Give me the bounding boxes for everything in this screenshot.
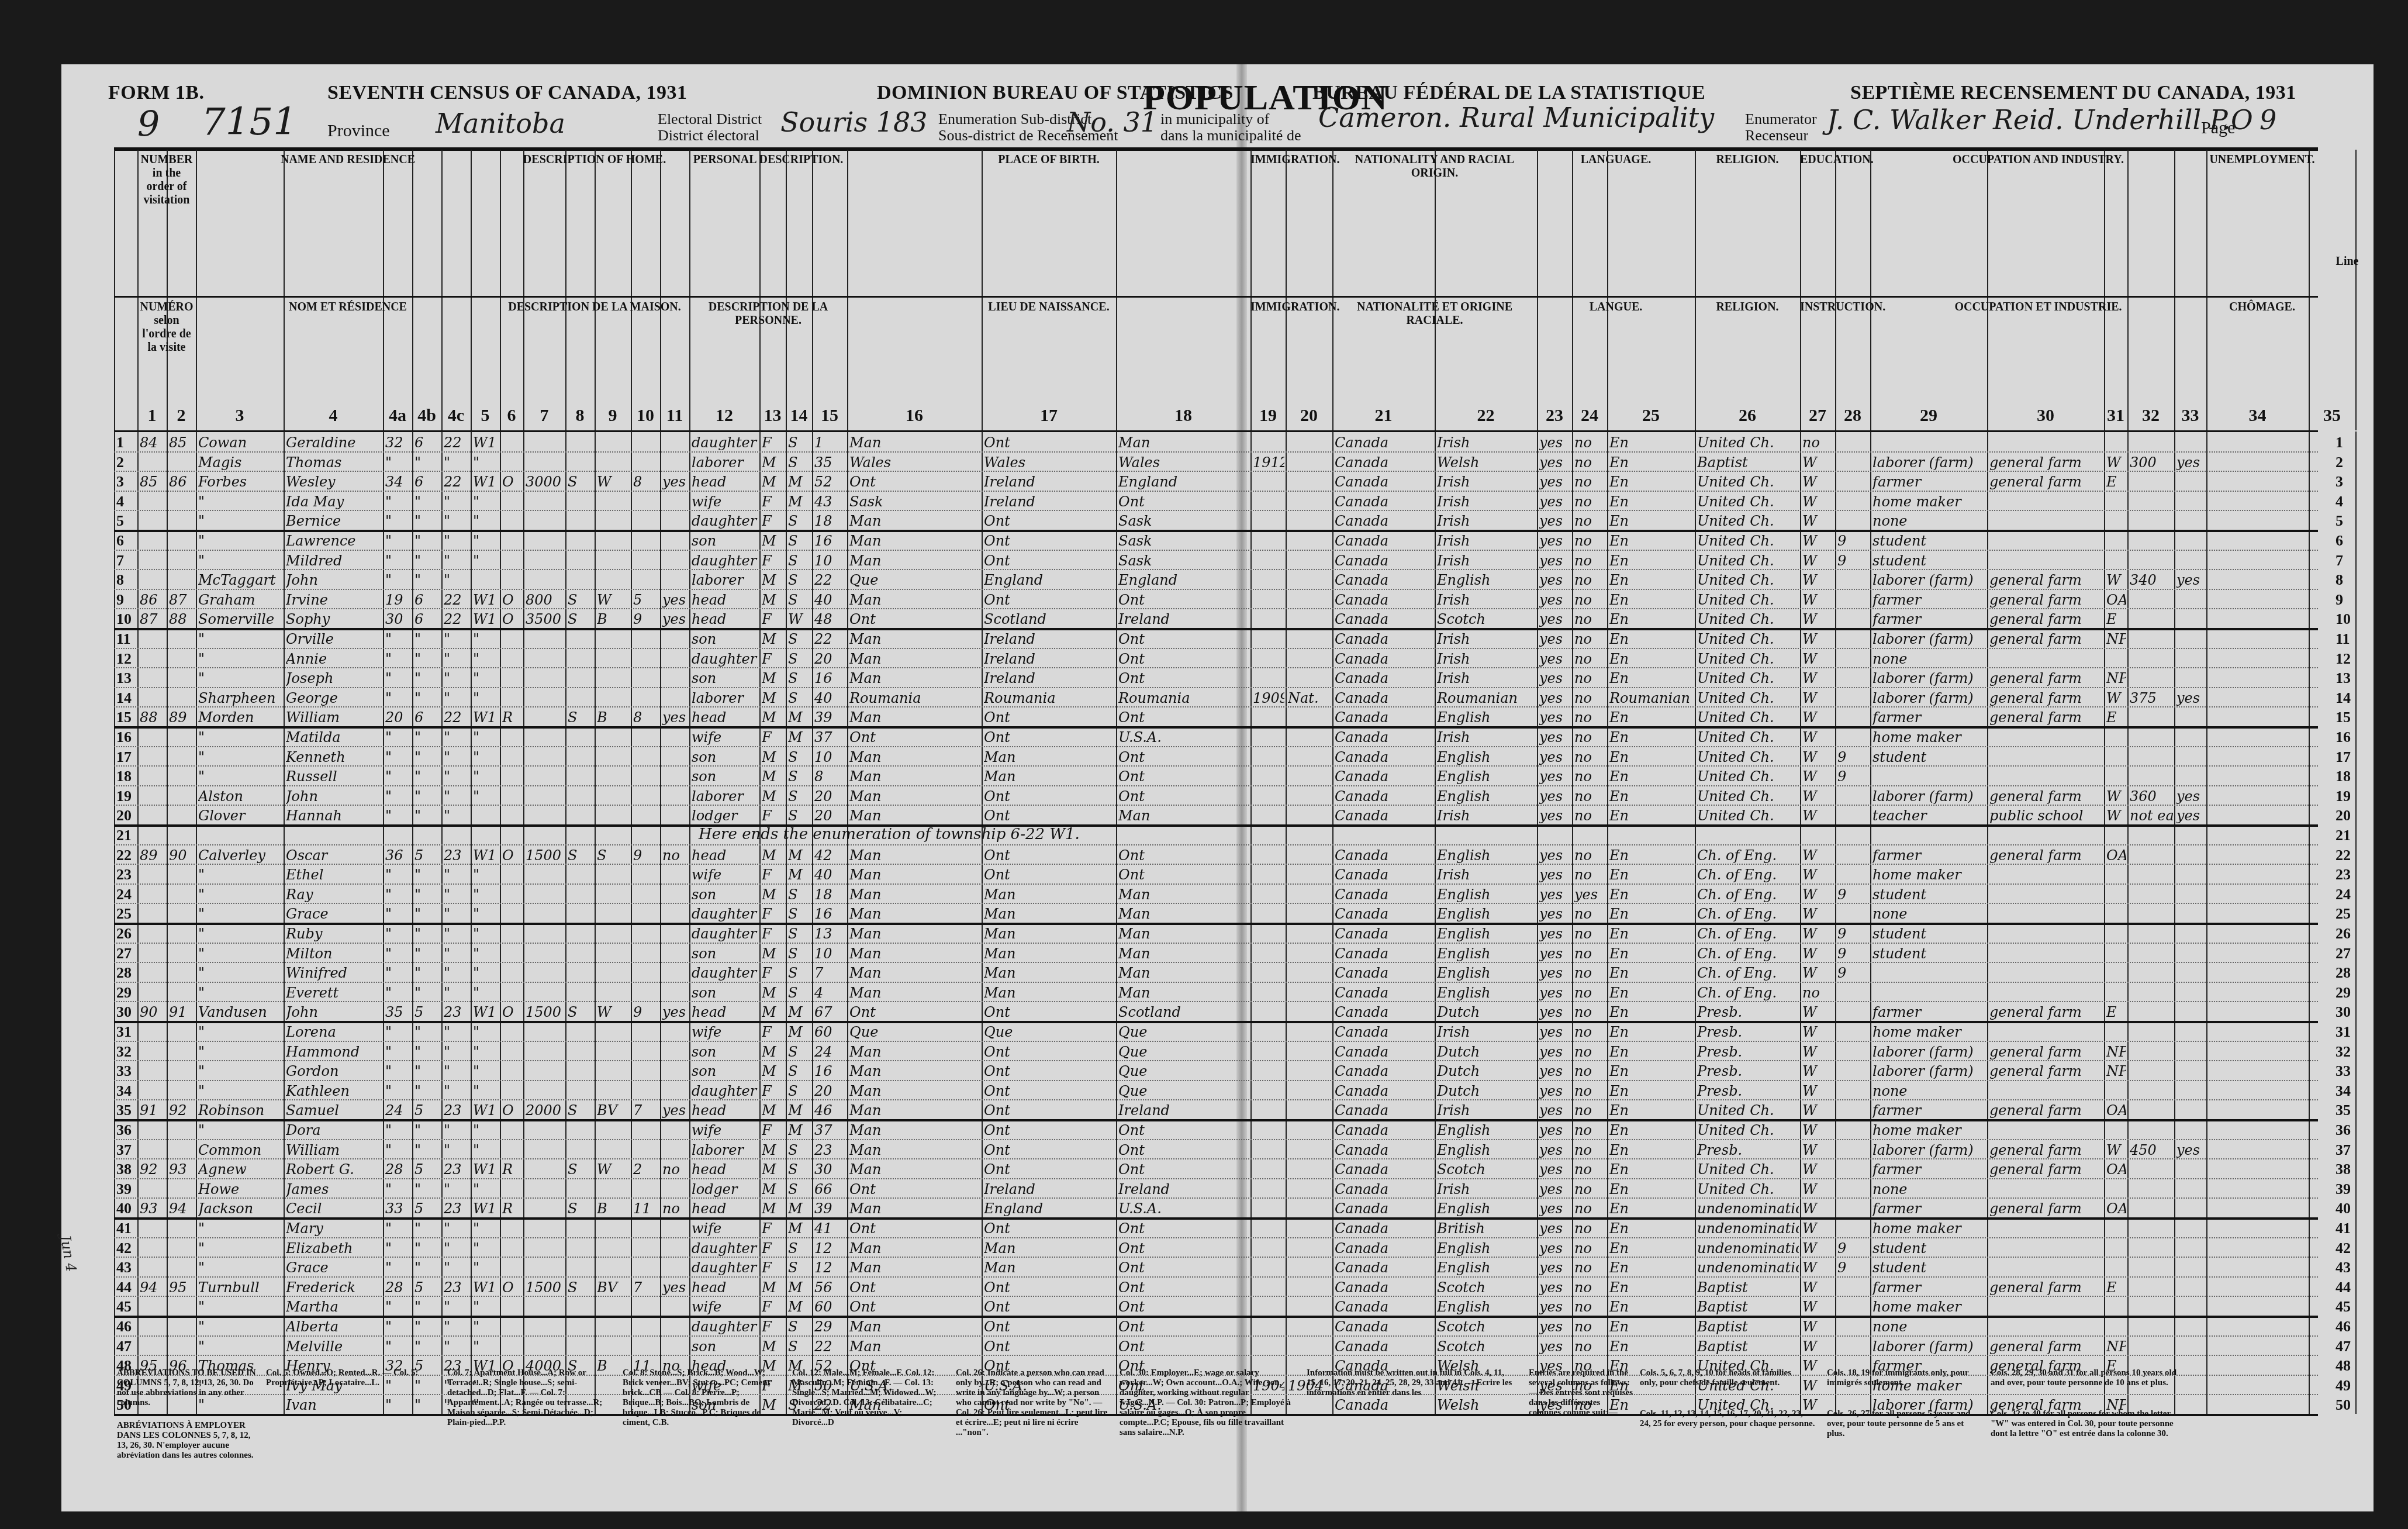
cell-rel: son — [692, 1041, 758, 1061]
table-row[interactable]: 98687GrahamIrvine19622W1O800SW5yesheadMS… — [114, 589, 2318, 610]
cell-twp: " — [414, 864, 440, 883]
cell-nat: Canada — [1335, 1139, 1433, 1159]
cell-twp: " — [414, 1178, 440, 1198]
cell-twp: 5 — [414, 1099, 440, 1119]
cell-occ: laborer (farm) — [1872, 1041, 1986, 1061]
cell-sex: F — [762, 1257, 785, 1276]
cell-twp: " — [414, 1394, 440, 1414]
column-number: 31 — [2104, 406, 2127, 426]
column-divider — [1537, 150, 1538, 430]
cell-bm: Ireland — [1118, 1099, 1249, 1119]
cell-lang: En — [1609, 746, 1694, 766]
cell-bp: Ont — [849, 608, 980, 628]
cell-fr: no — [1574, 962, 1606, 982]
table-row[interactable]: 16"Matilda""""wifeFM37OntOntU.S.A.Canada… — [114, 726, 2318, 747]
cell-rel: son — [692, 530, 758, 550]
cell-relig: Baptist — [1697, 1335, 1799, 1355]
column-group-fr: LIEU DE NAISSANCE. — [847, 301, 1250, 314]
cell-sch: 9 — [1837, 943, 1869, 962]
cell-bf: Ont — [984, 1119, 1115, 1139]
cell-mer: " — [473, 1119, 499, 1139]
cell-twp: " — [414, 628, 440, 648]
cell-fr: no — [1574, 1001, 1606, 1021]
cell-sur: " — [198, 530, 282, 550]
cell-bm: Ont — [1118, 1296, 1249, 1316]
cell-rw: W — [1802, 903, 1834, 923]
cell-race: Irish — [1437, 864, 1536, 883]
cell-cw: NP — [2106, 667, 2126, 687]
cell-twp: " — [414, 746, 440, 766]
cell-given: Alberta — [286, 1316, 382, 1335]
cell-given: George — [286, 687, 382, 707]
table-row[interactable]: 19AlstonJohn""""laborerMS20ManOntOntCana… — [114, 785, 2318, 806]
cell-sec: " — [385, 510, 411, 530]
line-number-right: 25 — [2336, 903, 2365, 923]
column-number: 11 — [660, 406, 689, 426]
cell-fam: 92 — [169, 1099, 195, 1119]
cell-bf: Ont — [984, 785, 1115, 805]
cell-bp: Man — [849, 550, 980, 570]
cell-ms: S — [788, 1178, 811, 1198]
cell-twp: 5 — [414, 1197, 440, 1217]
cell-mer: " — [473, 667, 499, 687]
cell-nat: Canada — [1335, 648, 1433, 668]
cell-emp: yes — [2176, 785, 2205, 805]
cell-bf: Ont — [984, 1276, 1115, 1296]
cell-dw: 85 — [140, 471, 165, 491]
table-row[interactable]: 108788SomervilleSophy30622W1O3500SB9yesh… — [114, 608, 2318, 630]
table-row[interactable]: 42"Elizabeth""""daughterFS12ManManOntCan… — [114, 1237, 2318, 1258]
column-number: 4 — [284, 406, 383, 426]
cell-mer: " — [473, 687, 499, 707]
cell-given: Grace — [286, 903, 382, 923]
table-row[interactable]: 26"Ruby""""daughterFS13ManManManCanadaEn… — [114, 923, 2318, 944]
column-divider — [1250, 150, 1252, 430]
table-row[interactable]: 158889MordenWilliam20622W1RSB8yesheadMM3… — [114, 706, 2318, 729]
table-row[interactable]: 33"Gordon""""sonMS16ManOntQueCanadaDutch… — [114, 1060, 2318, 1081]
cell-rad: yes — [662, 1276, 688, 1296]
cell-nat: Canada — [1335, 687, 1433, 707]
cell-relig: United Ch. — [1697, 1178, 1799, 1198]
cell-rge: " — [444, 667, 469, 687]
cell-relig: United Ch. — [1697, 1099, 1799, 1119]
cell-bm: Sask — [1118, 530, 1249, 550]
cell-fr: yes — [1574, 883, 1606, 903]
cell-age: 43 — [814, 491, 846, 510]
cell-en: yes — [1539, 746, 1571, 766]
table-row[interactable]: 47"Melville""""sonMS22ManOntOntCanadaSco… — [114, 1335, 2318, 1357]
column-group-en: DESCRIPTION OF HOME. — [500, 153, 689, 167]
cell-ln: 8 — [116, 569, 136, 589]
cell-sec: 34 — [385, 471, 411, 491]
table-row[interactable]: 41"Mary""""wifeFM41OntOntOntCanadaBritis… — [114, 1217, 2318, 1238]
note-col8: Col. 8: Stone...S; Brick...B; Wood...W; … — [623, 1368, 780, 1428]
note-every: Cols. 11, 12, 13, 14, 15, 16, 17, 20, 21… — [1640, 1409, 1815, 1429]
cell-sur: " — [198, 1060, 282, 1080]
cell-sur: McTaggart — [198, 569, 282, 589]
cell-occ: farmer — [1872, 1099, 1986, 1119]
cell-relig: United Ch. — [1697, 648, 1799, 668]
table-row[interactable]: 28"Winifred""""daughterFS7ManManManCanad… — [114, 962, 2318, 983]
cell-occ: student — [1872, 943, 1986, 962]
cell-occ: laborer (farm) — [1872, 451, 1986, 471]
cell-mer: " — [473, 628, 499, 648]
cell-age: 1 — [814, 432, 846, 451]
cell-sec: " — [385, 923, 411, 943]
table-row[interactable]: 34"Kathleen""""daughterFS20ManOntQueCana… — [114, 1080, 2318, 1101]
cell-nat: Canada — [1335, 1041, 1433, 1061]
cell-ln: 40 — [116, 1197, 136, 1217]
cell-given: Ethel — [286, 864, 382, 883]
table-row[interactable]: 12"Annie""""daughterFS20ManIrelandOntCan… — [114, 648, 2318, 669]
cell-emp: yes — [2176, 687, 2205, 707]
cell-ln: 15 — [116, 706, 136, 726]
cell-cw: E — [2106, 706, 2126, 726]
cell-race: English — [1437, 746, 1536, 766]
cell-fam: 94 — [169, 1197, 195, 1217]
table-row[interactable]: 23"Ethel""""wifeFM40ManOntOntCanadaIrish… — [114, 864, 2318, 885]
cell-race: English — [1437, 903, 1536, 923]
table-row[interactable]: 36"Dora""""wifeFM37ManOntOntCanadaEnglis… — [114, 1119, 2318, 1140]
cell-rel: wife — [692, 1296, 758, 1316]
cell-nat: Canada — [1335, 1197, 1433, 1217]
cell-ln: 28 — [116, 962, 136, 982]
cell-rge: 23 — [444, 1099, 469, 1119]
cell-bp: Man — [849, 628, 980, 648]
cell-given: Martha — [286, 1296, 382, 1316]
cell-bp: Man — [849, 510, 980, 530]
cell-occ: farmer — [1872, 1158, 1986, 1178]
table-row[interactable]: 37CommonWilliam""""laborerMS23ManOntOntC… — [114, 1139, 2318, 1160]
cell-ln: 16 — [116, 726, 136, 746]
cell-rel: laborer — [692, 569, 758, 589]
column-divider — [1835, 150, 1836, 430]
cell-nat: Canada — [1335, 785, 1433, 805]
cell-lang: En — [1609, 1139, 1694, 1159]
cell-lang: En — [1609, 864, 1694, 883]
cell-rge: 22 — [444, 608, 469, 628]
cell-rel: daughter — [692, 648, 758, 668]
line-number-right: 39 — [2336, 1178, 2365, 1198]
cell-race: English — [1437, 1139, 1536, 1159]
cell-nat: Canada — [1335, 765, 1433, 785]
column-divider — [196, 150, 197, 430]
cell-nat: Canada — [1335, 1296, 1433, 1316]
cell-ms: S — [788, 923, 811, 943]
cell-lang: En — [1609, 608, 1694, 628]
table-row[interactable]: 359192RobinsonSamuel24523W1O2000SBV7yesh… — [114, 1099, 2318, 1121]
line-number-right: 45 — [2336, 1296, 2365, 1316]
cell-ln: 31 — [116, 1021, 136, 1041]
cell-rms: 5 — [633, 589, 659, 609]
table-row[interactable]: 7"Mildred""""daughterFS10ManOntSaskCanad… — [114, 550, 2318, 571]
cell-en: yes — [1539, 883, 1571, 903]
enumerator-label-en: Enumerator — [1745, 111, 1817, 127]
cell-cw: W — [2106, 451, 2126, 471]
cell-race: Irish — [1437, 628, 1536, 648]
cell-ln: 42 — [116, 1237, 136, 1257]
cell-bp: Man — [849, 667, 980, 687]
table-row[interactable]: 2MagisThomas""""laborerMS35WalesWalesWal… — [114, 451, 2318, 472]
cell-emp: yes — [2176, 805, 2205, 824]
cell-ln: 41 — [116, 1217, 136, 1237]
cell-bf: Scotland — [984, 608, 1115, 628]
cell-given: Hammond — [286, 1041, 382, 1061]
cell-age: 16 — [814, 1060, 846, 1080]
cell-ln: 45 — [116, 1296, 136, 1316]
cell-race: Irish — [1437, 432, 1536, 451]
page-mark: 9 — [137, 104, 160, 145]
cell-occ: student — [1872, 883, 1986, 903]
cell-en: yes — [1539, 569, 1571, 589]
cell-age: 16 — [814, 667, 846, 687]
column-number: 20 — [1286, 406, 1332, 426]
cell-age: 22 — [814, 628, 846, 648]
table-row[interactable]: 38586ForbesWesley34622W1O3000SW8yesheadM… — [114, 471, 2318, 492]
cell-fam: 91 — [169, 1001, 195, 1021]
cell-ms: M — [788, 1001, 811, 1021]
cell-rge: 22 — [444, 589, 469, 609]
cell-sur: " — [198, 648, 282, 668]
cell-age: 12 — [814, 1257, 846, 1276]
cell-sec: " — [385, 667, 411, 687]
municipality-value: Cameron. Rural Municipality — [1318, 102, 1714, 133]
cell-rw: W — [1802, 667, 1834, 687]
cell-en: yes — [1539, 1178, 1571, 1198]
table-row[interactable]: 20GloverHannah"""lodgerFS20ManOntManCana… — [114, 805, 2318, 827]
cell-mer: W1 — [473, 1276, 499, 1296]
cell-cw: NP — [2106, 628, 2126, 648]
cell-bf: Man — [984, 903, 1115, 923]
cell-relig: United Ch. — [1697, 569, 1799, 589]
cell-bf: Ont — [984, 726, 1115, 746]
table-row[interactable]: 31"Lorena""""wifeFM60QueQueQueCanadaIris… — [114, 1021, 2318, 1042]
table-row[interactable]: 309091VandusenJohn35523W1O1500SW9yeshead… — [114, 1001, 2318, 1023]
table-row[interactable]: 45"Martha""""wifeFM60OntOntOntCanadaEngl… — [114, 1296, 2318, 1318]
cell-rel: son — [692, 1335, 758, 1355]
table-row[interactable]: 32"Hammond""""sonMS24ManOntQueCanadaDutc… — [114, 1041, 2318, 1062]
cell-rw: W — [1802, 491, 1834, 510]
table-row[interactable]: 14SharpheenGeorge""""laborerMS40Roumania… — [114, 687, 2318, 708]
cell-sex: M — [762, 530, 785, 550]
page-number: 9 — [2260, 104, 2276, 136]
cell-rw: W — [1802, 1217, 1834, 1237]
cell-sec: 36 — [385, 844, 411, 864]
cell-sex: M — [762, 943, 785, 962]
cell-rw: W — [1802, 1041, 1834, 1061]
cell-rel: lodger — [692, 1178, 758, 1198]
cell-lang: En — [1609, 1021, 1694, 1041]
cell-sex: F — [762, 1119, 785, 1139]
cell-nat: Canada — [1335, 726, 1433, 746]
cell-en: yes — [1539, 1217, 1571, 1237]
table-row[interactable]: 5"Bernice""""daughterFS18ManOntSaskCanad… — [114, 510, 2318, 532]
abbrev-en: ABBREVIATIONS TO BE USED IN COLUMNS 5, 7… — [117, 1368, 257, 1408]
table-row[interactable]: 18"Russell""""sonMS8ManManOntCanadaEngli… — [114, 765, 2318, 786]
cell-age: 56 — [814, 1276, 846, 1296]
cell-rge: " — [444, 1217, 469, 1237]
cell-relig: United Ch. — [1697, 805, 1799, 824]
cell-ln: 1 — [116, 432, 136, 451]
column-number: 24 — [1572, 406, 1607, 426]
cell-twp: " — [414, 1296, 440, 1316]
cell-bm: Man — [1118, 903, 1249, 923]
title-fr: SEPTIÈME RECENSEMENT DU CANADA, 1931 — [1850, 82, 2296, 104]
line-number-right: 38 — [2336, 1158, 2365, 1178]
cell-en: yes — [1539, 765, 1571, 785]
column-divider — [2174, 150, 2175, 430]
cell-sur: " — [198, 1217, 282, 1237]
cell-dw: 87 — [140, 608, 165, 628]
cell-age: 16 — [814, 903, 846, 923]
cell-bf: Ireland — [984, 1178, 1115, 1198]
cell-mer: W1 — [473, 589, 499, 609]
cell-bp: Man — [849, 432, 980, 451]
cell-given: Ray — [286, 883, 382, 903]
cell-lang: En — [1609, 1158, 1694, 1178]
table-row[interactable]: 409394JacksonCecil33523W1RSB11noheadMM39… — [114, 1197, 2318, 1220]
cell-nat: Canada — [1335, 589, 1433, 609]
cell-bp: Man — [849, 805, 980, 824]
column-number: 5 — [471, 406, 500, 426]
cell-rel: head — [692, 608, 758, 628]
cell-race: Scotch — [1437, 608, 1536, 628]
cell-rel: daughter — [692, 923, 758, 943]
line-number-right: 4 — [2336, 491, 2365, 510]
cell-age: 66 — [814, 1178, 846, 1198]
cell-race: English — [1437, 1197, 1536, 1217]
cell-age: 13 — [814, 923, 846, 943]
cell-sch: 9 — [1837, 883, 1869, 903]
cell-bm: England — [1118, 569, 1249, 589]
cell-given: Matilda — [286, 726, 382, 746]
cell-bm: Ireland — [1118, 1178, 1249, 1198]
cell-fr: no — [1574, 1296, 1606, 1316]
enumerator-label-fr: Recenseur — [1745, 127, 1808, 144]
table-row[interactable]: 27"Milton""""sonMS10ManManManCanadaEngli… — [114, 943, 2318, 964]
cell-en: yes — [1539, 491, 1571, 510]
cell-cls: S — [568, 1197, 593, 1217]
line-number-right: 14 — [2336, 687, 2365, 707]
cell-sex: M — [762, 687, 785, 707]
cell-fr: no — [1574, 451, 1606, 471]
cell-relig: undenominational — [1697, 1217, 1799, 1237]
cell-bp: Man — [849, 1237, 980, 1257]
table-row[interactable]: 228990CalverleyOscar36523W1O1500SS9nohea… — [114, 844, 2318, 865]
cell-age: 52 — [814, 471, 846, 491]
cell-twp: 6 — [414, 706, 440, 726]
table-row[interactable]: 39HoweJames""""lodgerMS66OntIrelandIrela… — [114, 1178, 2318, 1199]
cell-rge: 23 — [444, 1001, 469, 1021]
cell-occ: none — [1872, 1080, 1986, 1100]
column-divider — [1332, 150, 1333, 430]
cell-fr: no — [1574, 844, 1606, 864]
table-row[interactable]: 17"Kenneth""""sonMS10ManManOntCanadaEngl… — [114, 746, 2318, 767]
cell-bf: Ireland — [984, 471, 1115, 491]
cell-occ: none — [1872, 648, 1986, 668]
cell-given: Sophy — [286, 608, 382, 628]
cell-relig: United Ch. — [1697, 765, 1799, 785]
line-number-right: 10 — [2336, 608, 2365, 628]
cell-bp: Man — [849, 1139, 980, 1159]
cell-bm: Ont — [1118, 785, 1249, 805]
cell-ms: S — [788, 451, 811, 471]
column-divider — [982, 150, 983, 430]
cell-fam: 86 — [169, 471, 195, 491]
cell-sch: 9 — [1837, 1237, 1869, 1257]
cell-age: 30 — [814, 1158, 846, 1178]
table-row[interactable]: 46"Alberta""""daughterFS29ManOntOntCanad… — [114, 1316, 2318, 1337]
cell-rel: son — [692, 943, 758, 962]
cell-rel: son — [692, 667, 758, 687]
table-row[interactable]: 18485CowanGeraldine32622W1daughterFS1Man… — [114, 432, 2318, 453]
subdistrict-number: No. 31 — [1067, 106, 1158, 138]
cell-age: 39 — [814, 706, 846, 726]
table-row[interactable]: 21Here ends the enumeration of township … — [114, 824, 2318, 845]
cell-sur: " — [198, 1080, 282, 1100]
cell-given: Elizabeth — [286, 1237, 382, 1257]
cell-ms: S — [788, 648, 811, 668]
cell-ms: S — [788, 1080, 811, 1100]
table-row[interactable]: 389293AgnewRobert G.28523W1RSW2noheadMS3… — [114, 1158, 2318, 1179]
cell-ms: W — [788, 608, 811, 628]
cell-ln: 9 — [116, 589, 136, 609]
cell-bm: Ont — [1118, 765, 1249, 785]
cell-sur: " — [198, 765, 282, 785]
cell-mer: " — [473, 1335, 499, 1355]
cell-yi: 1909 — [1253, 687, 1284, 707]
cell-race: Irish — [1437, 550, 1536, 570]
table-row[interactable]: 43"Grace""""daughterFS12ManManOntCanadaE… — [114, 1257, 2318, 1278]
cell-age: 40 — [814, 864, 846, 883]
column-group-fr: DESCRIPTION DE LA MAISON. — [500, 301, 689, 314]
table-row[interactable]: 24"Ray""""sonMS18ManManManCanadaEnglishy… — [114, 883, 2318, 905]
cell-ms: S — [788, 765, 811, 785]
cell-race: Dutch — [1437, 1080, 1536, 1100]
table-row[interactable]: 13"Joseph""""sonMS16ManIrelandOntCanadaI… — [114, 667, 2318, 688]
line-number-right: 5 — [2336, 510, 2365, 530]
cell-ms: S — [788, 550, 811, 570]
cell-fr: no — [1574, 1178, 1606, 1198]
table-row[interactable]: 29"Everett""""sonMS4ManManManCanadaEngli… — [114, 982, 2318, 1003]
cell-nat: Canada — [1335, 903, 1433, 923]
cell-bm: Ont — [1118, 1119, 1249, 1139]
cell-bm: Man — [1118, 432, 1249, 451]
cell-race: English — [1437, 844, 1536, 864]
column-number: 26 — [1695, 406, 1800, 426]
cell-race: Irish — [1437, 648, 1536, 668]
cell-fr: no — [1574, 903, 1606, 923]
cell-nat: Canada — [1335, 746, 1433, 766]
cell-own: O — [502, 844, 522, 864]
cell-ln: 5 — [116, 510, 136, 530]
table-row[interactable]: 449495TurnbullFrederick28523W1O1500SBV7y… — [114, 1276, 2318, 1297]
note-immigrants: Cols. 18, 19 for immigrants only, pour i… — [1827, 1368, 1973, 1388]
column-number: 32 — [2127, 406, 2174, 426]
table-row[interactable]: 6"Lawrence""""sonMS16ManOntSaskCanadaIri… — [114, 530, 2318, 551]
table-row[interactable]: 8McTaggartJohn"""laborerMS22QueEnglandEn… — [114, 569, 2318, 590]
cell-ln: 17 — [116, 746, 136, 766]
cell-fr: no — [1574, 510, 1606, 530]
table-row[interactable]: 11"Orville""""sonMS22ManIrelandOntCanada… — [114, 628, 2318, 649]
cell-rge: " — [444, 1021, 469, 1041]
table-row[interactable]: 25"Grace""""daughterFS16ManManManCanadaE… — [114, 903, 2318, 925]
table-row[interactable]: 4"Ida May""""wifeFM43SaskIrelandOntCanad… — [114, 491, 2318, 512]
cell-relig: Ch. of Eng. — [1697, 982, 1799, 1002]
cell-nat: Canada — [1335, 923, 1433, 943]
cell-relig: United Ch. — [1697, 687, 1799, 707]
cell-occ: home maker — [1872, 1119, 1986, 1139]
